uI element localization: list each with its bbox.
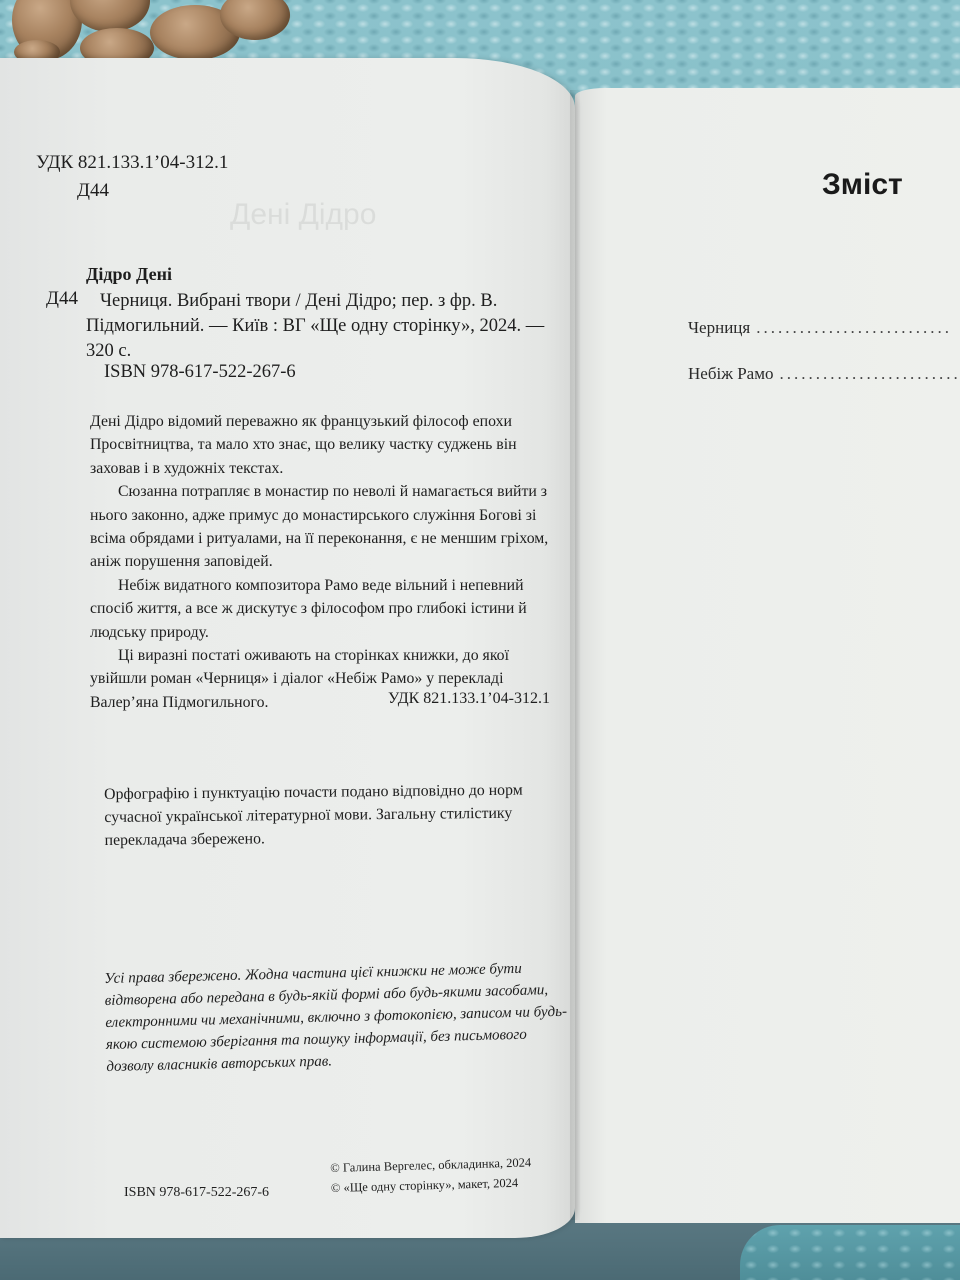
toc-entry: Черниця........................... (688, 318, 952, 338)
catalog-author: Дідро Дені (86, 264, 172, 285)
catalog-isbn: ISBN 978-617-522-267-6 (104, 362, 296, 383)
contents-title: Зміст (822, 168, 903, 202)
knitted-blanket-corner (740, 1225, 960, 1280)
toc-entry: Небіж Рамо......................... (688, 364, 960, 384)
toc-entry-label: Небіж Рамо (688, 364, 773, 383)
annotation-paragraph: Небіж видатного композитора Рамо веде ві… (90, 574, 560, 644)
udk-footer: УДК 821.133.1’04-312.1 (388, 690, 550, 708)
isbn-footer: ISBN 978-617-522-267-6 (124, 1185, 269, 1201)
rights-notice: Усі права збережено. Жодна частина цієї … (104, 957, 577, 1078)
annotation-paragraph: Дені Дідро відомий переважно як французь… (90, 410, 560, 480)
copyright-block: © Галина Вергелес, обкладинка, 2024 © «Щ… (330, 1152, 532, 1198)
bibliographic-description: Черниця. Вибрані твори / Дені Дідро; пер… (86, 289, 566, 364)
toc-leader-dots: ......................... (779, 364, 960, 383)
orthography-note: Орфографію і пунктуацію почасти подано в… (104, 778, 575, 852)
annotation: Дені Дідро відомий переважно як французь… (90, 410, 560, 714)
toc-leader-dots: ........................... (756, 318, 952, 337)
toc-entry-label: Черниця (688, 318, 750, 337)
show-through-text: Дені Дідро (230, 198, 376, 232)
author-code-header: Д44 (77, 180, 109, 202)
catalog-author-code: Д44 (46, 288, 78, 310)
right-page (575, 88, 960, 1223)
udk-header: УДК 821.133.1’04-312.1 (36, 152, 228, 174)
annotation-paragraph: Сюзанна потрапляє в монастир по неволі й… (90, 480, 560, 574)
